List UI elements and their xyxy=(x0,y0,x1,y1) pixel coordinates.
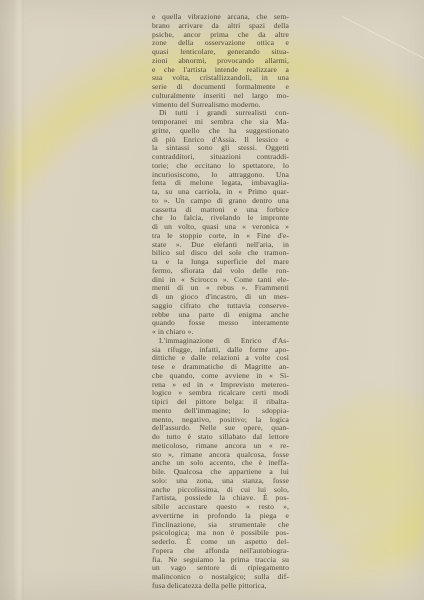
text-line: fusa delicatezza della pelle pittorica, xyxy=(152,582,289,591)
book-page: e quella vibrazione arcana, che sem-bran… xyxy=(0,0,424,600)
text-block: e quella vibrazione arcana, che sem-bran… xyxy=(152,13,289,591)
page-gutter-fold xyxy=(0,0,24,600)
yellow-corner-stain xyxy=(300,382,424,572)
paper-scratch xyxy=(342,16,424,60)
